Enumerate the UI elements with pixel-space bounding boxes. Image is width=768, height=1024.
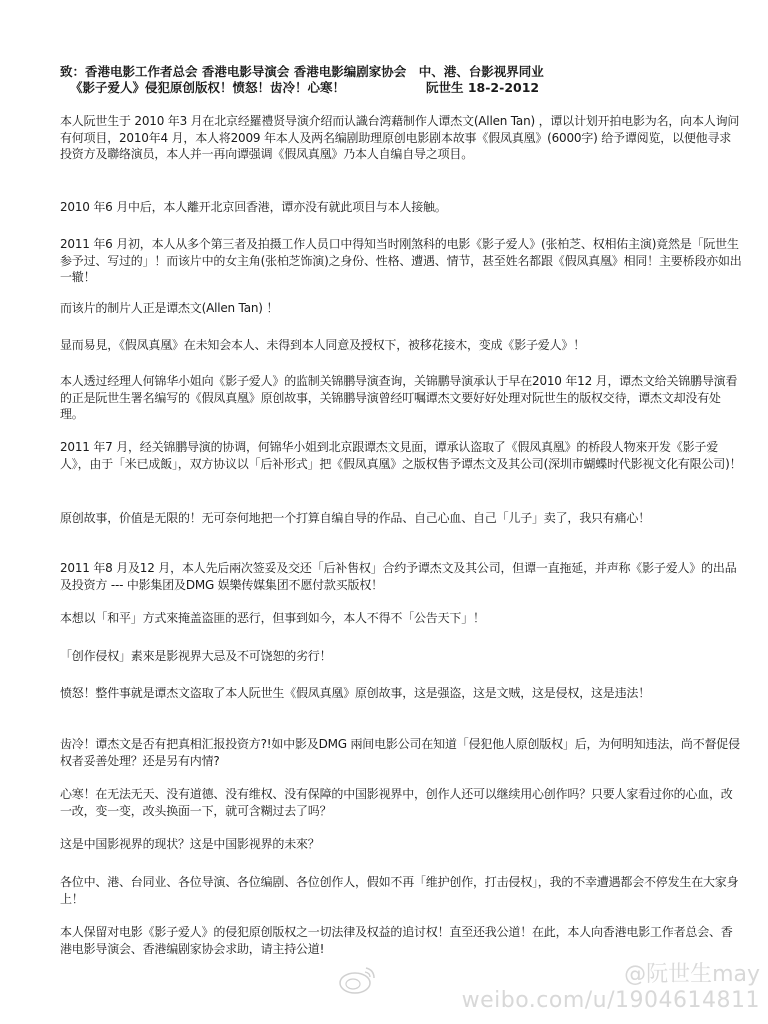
paragraph-3: 2011 年6 月初，本人从多个第三者及拍摄工作人员口中得知当时刚煞科的电影《影… — [60, 236, 742, 286]
paragraph-13: 齿冷！谭杰文是否有把真相汇报投资方?!如中影及DMG 兩间电影公司在知道「侵犯他… — [60, 736, 742, 769]
paragraph-7: 2011 年7 月，经关锦鹏导演的协调，何锦华小姐到北京跟谭杰文見面，谭承认盗取… — [60, 439, 742, 472]
paragraph-12: 愤怒！整件事就是谭杰文盗取了本人阮世生《假凤真凰》原创故事，这是强盗，这是文贼，… — [60, 685, 742, 702]
paragraph-2: 2010 年6 月中后，本人離开北京回香港，谭亦没有就此项目与本人接触。 — [60, 199, 742, 216]
title-line: 《影子爱人》侵犯原创版权！愤怒！齿冷！心寒！ 阮世生 18-2-2012 — [60, 80, 742, 96]
paragraph-4: 而该片的制片人正是谭杰文(Allen Tan) ！ — [60, 300, 742, 317]
paragraph-10: 本想以「和平」方式來掩盖盗匪的恶行，但事到如今，本人不得不「公告天下」！ — [60, 610, 742, 627]
signature-date: 阮世生 18-2-2012 — [426, 80, 539, 96]
weibo-url: weibo.com/u/1904614811 — [462, 988, 760, 1014]
paragraph-17: 本人保留对电影《影子爱人》的侵犯原创版权之一切法律及权益的追讨权！直至还我公道！… — [60, 924, 742, 957]
paragraph-1: 本人阮世生于 2010 年3 月在北京经羅禮贤导演介绍而认識台湾藉制作人谭杰文(… — [60, 113, 742, 163]
paragraph-9: 2011 年8 月及12 月，本人先后兩次签妥及交还「后补售权」合约予谭杰文及其… — [60, 560, 742, 593]
weibo-logo-icon — [338, 964, 378, 994]
paragraph-11: 「创作侵权」素來是影视界大忌及不可饶恕的劣行！ — [60, 648, 742, 665]
weibo-handle: @阮世生may — [462, 962, 760, 988]
paragraph-14: 心寒！在无法无天、没有道德、没有维权、没有保障的中国影视界中，创作人还可以继续用… — [60, 786, 742, 819]
weibo-watermark: @阮世生may weibo.com/u/1904614811 — [462, 962, 760, 1014]
letter-title: 《影子爱人》侵犯原创版权！愤怒！齿冷！心寒！ — [60, 80, 345, 95]
paragraph-6: 本人透过经理人何锦华小姐向《影子爱人》的监制关锦鹏导演查询，关锦鹏导演承认于早在… — [60, 373, 742, 423]
paragraph-5: 显而易見，《假凤真凰》在未知会本人、未得到本人同意及授权下，被移花接木，变成《影… — [60, 337, 742, 354]
paragraph-16: 各位中、港、台同业、各位导演、各位编剧、各位创作人，假如不再「维护创作，打击侵权… — [60, 874, 742, 907]
paragraph-15: 这是中国影视界的现状？这是中国影视界的未來？ — [60, 836, 742, 853]
letter-header: 致：香港电影工作者总会 香港电影导演会 香港电影编剧家协会 中、港、台影视界同业… — [60, 64, 742, 96]
paragraph-8: 原创故事，价值是无限的！无可奈何地把一个打算自编自导的作品、自己心血、自己「儿子… — [60, 510, 742, 527]
recipients-line: 致：香港电影工作者总会 香港电影导演会 香港电影编剧家协会 中、港、台影视界同业 — [60, 64, 742, 80]
